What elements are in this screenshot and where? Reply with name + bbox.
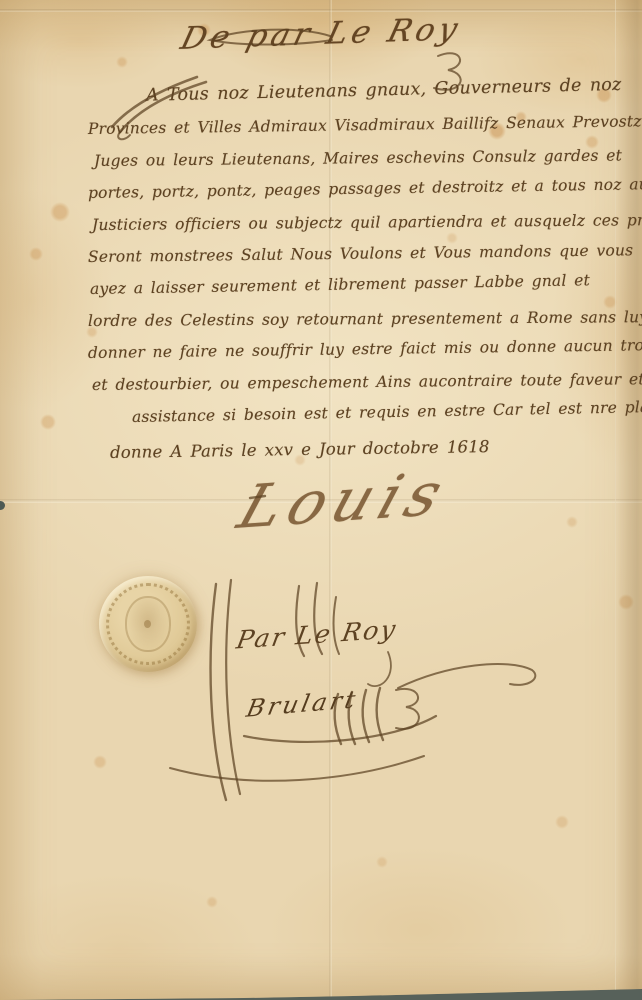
embossed-royal-seal-icon — [99, 576, 197, 672]
top-fold-crease — [0, 9, 642, 12]
royal-signature: Louis — [230, 459, 458, 543]
secretary-signature: Brulart — [244, 685, 361, 722]
document-heading: De par Le Roy — [177, 11, 465, 57]
parchment-sheet: De par Le Roy A Tous noz Lieutenans gnau… — [0, 0, 642, 1000]
manuscript-photograph: { "document": { "heading": "De par Le Ro… — [0, 0, 642, 1000]
seal-center-boss — [144, 620, 151, 628]
countersignature-par-le-roy: Par Le Roy — [234, 615, 399, 655]
paper-edge-notch — [0, 501, 5, 510]
document-heading-row: De par Le Roy — [0, 16, 642, 52]
manuscript-body: A Tous noz Lieutenans gnaux, Gouverneurs… — [88, 82, 636, 470]
manuscript-line: Provinces et Villes Admiraux Visadmiraux… — [88, 106, 636, 146]
manuscript-line: donner ne faire ne souffrir luy estre fa… — [88, 330, 636, 370]
